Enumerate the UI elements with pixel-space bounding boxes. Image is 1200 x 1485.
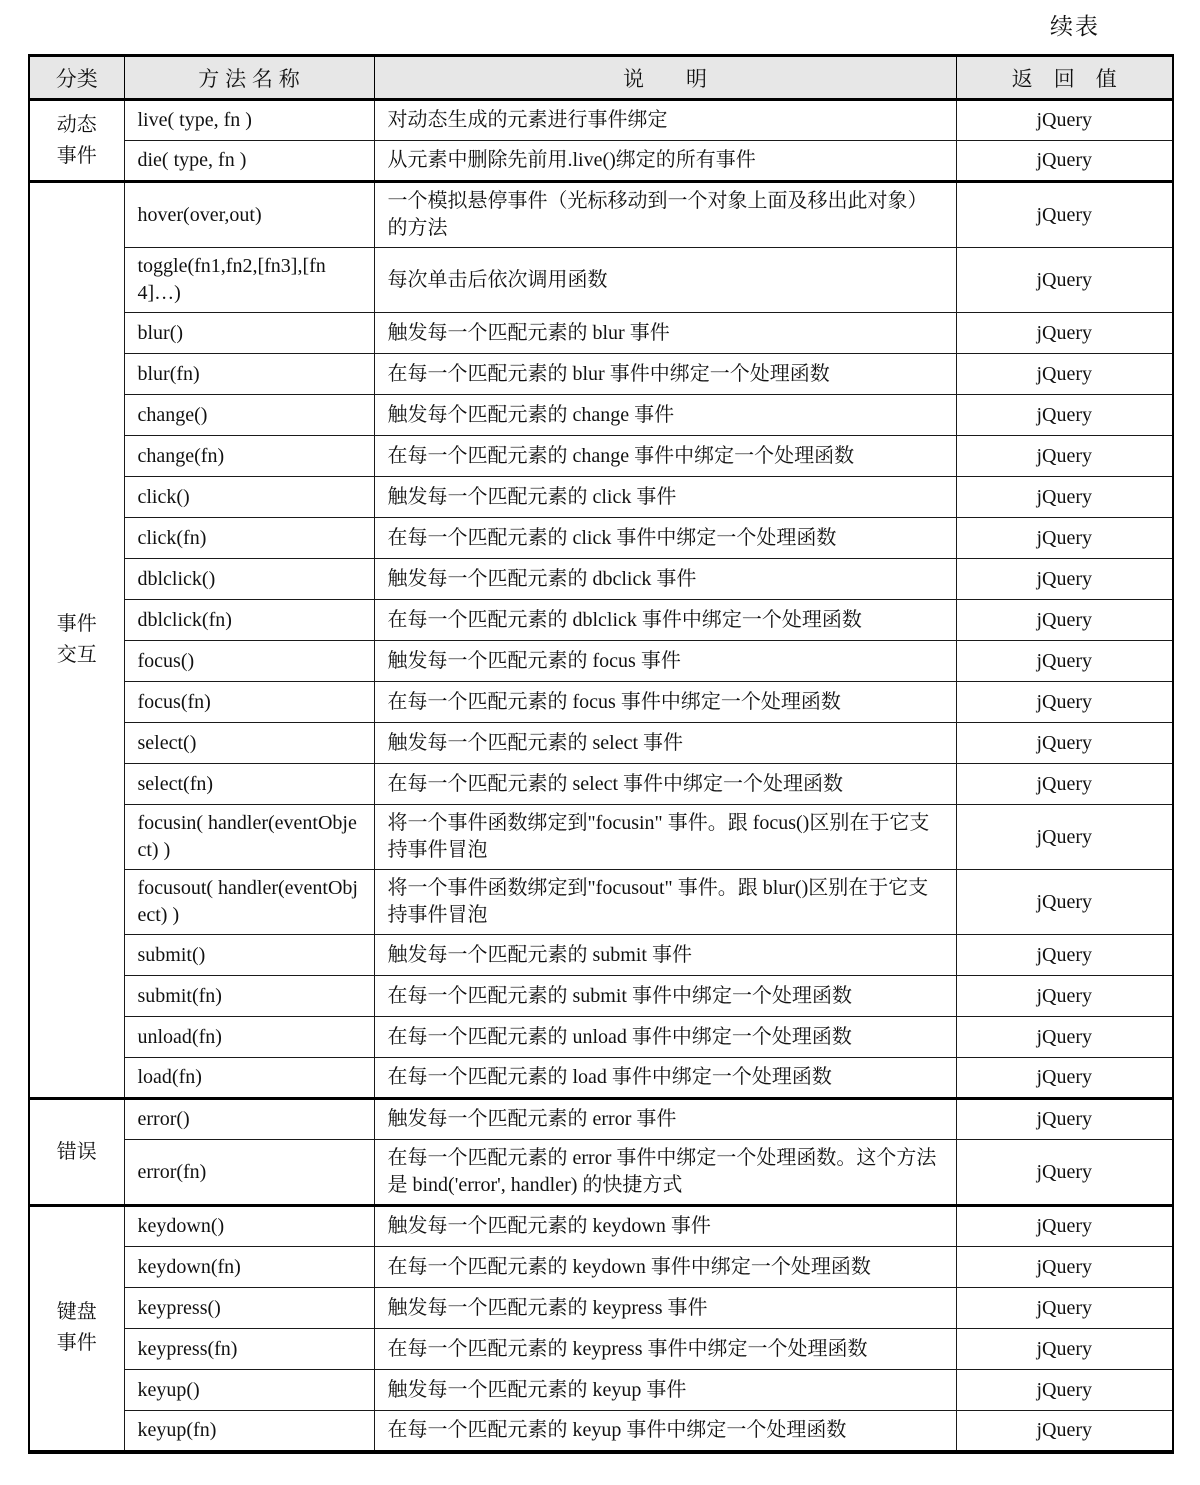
method-cell: blur(fn) — [124, 354, 374, 395]
table-row: keydown(fn)在每一个匹配元素的 keydown 事件中绑定一个处理函数… — [29, 1247, 1173, 1288]
table-row: 键盘 事件keydown()触发每一个匹配元素的 keydown 事件jQuer… — [29, 1206, 1173, 1247]
method-cell: error(fn) — [124, 1140, 374, 1206]
table-row: select()触发每一个匹配元素的 select 事件jQuery — [29, 723, 1173, 764]
return-cell: jQuery — [956, 1206, 1173, 1247]
method-cell: focus(fn) — [124, 682, 374, 723]
table-row: load(fn)在每一个匹配元素的 load 事件中绑定一个处理函数jQuery — [29, 1058, 1173, 1099]
return-cell: jQuery — [956, 1099, 1173, 1140]
return-cell: jQuery — [956, 182, 1173, 248]
return-cell: jQuery — [956, 935, 1173, 976]
method-cell: dblclick(fn) — [124, 600, 374, 641]
method-cell: focusout( handler(eventObject) ) — [124, 870, 374, 935]
table-body: 动态 事件live( type, fn )对动态生成的元素进行事件绑定jQuer… — [29, 100, 1173, 1452]
table-row: select(fn)在每一个匹配元素的 select 事件中绑定一个处理函数jQ… — [29, 764, 1173, 805]
description-cell: 一个模拟悬停事件（光标移动到一个对象上面及移出此对象）的方法 — [374, 182, 956, 248]
description-cell: 在每一个匹配元素的 focus 事件中绑定一个处理函数 — [374, 682, 956, 723]
description-cell: 在每一个匹配元素的 load 事件中绑定一个处理函数 — [374, 1058, 956, 1099]
table-row: dblclick()触发每一个匹配元素的 dbclick 事件jQuery — [29, 559, 1173, 600]
return-cell: jQuery — [956, 559, 1173, 600]
methods-reference-table: 分类 方 法 名 称 说 明 返 回 值 动态 事件live( type, fn… — [28, 54, 1174, 1454]
header-description: 说 明 — [374, 56, 956, 100]
description-cell: 触发每一个匹配元素的 dbclick 事件 — [374, 559, 956, 600]
return-cell: jQuery — [956, 682, 1173, 723]
category-cell: 键盘 事件 — [29, 1206, 124, 1452]
method-cell: live( type, fn ) — [124, 100, 374, 141]
document-page: 续表 分类 方 法 名 称 说 明 返 回 值 动态 事件live( type,… — [0, 0, 1200, 1485]
method-cell: click(fn) — [124, 518, 374, 559]
method-cell: load(fn) — [124, 1058, 374, 1099]
description-cell: 在每一个匹配元素的 change 事件中绑定一个处理函数 — [374, 436, 956, 477]
category-cell: 错误 — [29, 1099, 124, 1206]
table-row: focus(fn)在每一个匹配元素的 focus 事件中绑定一个处理函数jQue… — [29, 682, 1173, 723]
method-cell: unload(fn) — [124, 1017, 374, 1058]
table-row: keyup(fn)在每一个匹配元素的 keyup 事件中绑定一个处理函数jQue… — [29, 1411, 1173, 1452]
table-row: focus()触发每一个匹配元素的 focus 事件jQuery — [29, 641, 1173, 682]
method-cell: select(fn) — [124, 764, 374, 805]
category-cell: 动态 事件 — [29, 100, 124, 182]
description-cell: 触发每一个匹配元素的 keydown 事件 — [374, 1206, 956, 1247]
method-cell: blur() — [124, 313, 374, 354]
return-cell: jQuery — [956, 1140, 1173, 1206]
return-cell: jQuery — [956, 518, 1173, 559]
description-cell: 在每一个匹配元素的 unload 事件中绑定一个处理函数 — [374, 1017, 956, 1058]
table-row: blur(fn)在每一个匹配元素的 blur 事件中绑定一个处理函数jQuery — [29, 354, 1173, 395]
description-cell: 触发每一个匹配元素的 keypress 事件 — [374, 1288, 956, 1329]
description-cell: 触发每个匹配元素的 change 事件 — [374, 395, 956, 436]
header-category: 分类 — [29, 56, 124, 100]
description-cell: 将一个事件函数绑定到"focusin" 事件。跟 focus()区别在于它支持事… — [374, 805, 956, 870]
description-cell: 触发每一个匹配元素的 focus 事件 — [374, 641, 956, 682]
return-cell: jQuery — [956, 1247, 1173, 1288]
table-row: error(fn)在每一个匹配元素的 error 事件中绑定一个处理函数。这个方… — [29, 1140, 1173, 1206]
description-cell: 在每一个匹配元素的 dblclick 事件中绑定一个处理函数 — [374, 600, 956, 641]
table-row: change()触发每个匹配元素的 change 事件jQuery — [29, 395, 1173, 436]
description-cell: 在每一个匹配元素的 select 事件中绑定一个处理函数 — [374, 764, 956, 805]
method-cell: focusin( handler(eventObject) ) — [124, 805, 374, 870]
header-row: 分类 方 法 名 称 说 明 返 回 值 — [29, 56, 1173, 100]
return-cell: jQuery — [956, 477, 1173, 518]
method-cell: change() — [124, 395, 374, 436]
return-cell: jQuery — [956, 313, 1173, 354]
description-cell: 触发每一个匹配元素的 error 事件 — [374, 1099, 956, 1140]
return-cell: jQuery — [956, 248, 1173, 313]
table-row: keypress()触发每一个匹配元素的 keypress 事件jQuery — [29, 1288, 1173, 1329]
description-cell: 对动态生成的元素进行事件绑定 — [374, 100, 956, 141]
table-row: focusin( handler(eventObject) )将一个事件函数绑定… — [29, 805, 1173, 870]
method-cell: keydown() — [124, 1206, 374, 1247]
header-return-value: 返 回 值 — [956, 56, 1173, 100]
table-row: submit()触发每一个匹配元素的 submit 事件jQuery — [29, 935, 1173, 976]
table-row: change(fn)在每一个匹配元素的 change 事件中绑定一个处理函数jQ… — [29, 436, 1173, 477]
method-cell: toggle(fn1,fn2,[fn3],[fn4]…) — [124, 248, 374, 313]
return-cell: jQuery — [956, 805, 1173, 870]
table-row: 错误error()触发每一个匹配元素的 error 事件jQuery — [29, 1099, 1173, 1140]
return-cell: jQuery — [956, 600, 1173, 641]
return-cell: jQuery — [956, 1329, 1173, 1370]
method-cell: focus() — [124, 641, 374, 682]
category-cell: 事件 交互 — [29, 182, 124, 1099]
return-cell: jQuery — [956, 870, 1173, 935]
table-row: blur()触发每一个匹配元素的 blur 事件jQuery — [29, 313, 1173, 354]
return-cell: jQuery — [956, 1017, 1173, 1058]
method-cell: keyup(fn) — [124, 1411, 374, 1452]
method-cell: hover(over,out) — [124, 182, 374, 248]
method-cell: submit() — [124, 935, 374, 976]
return-cell: jQuery — [956, 354, 1173, 395]
table-row: 动态 事件live( type, fn )对动态生成的元素进行事件绑定jQuer… — [29, 100, 1173, 141]
return-cell: jQuery — [956, 764, 1173, 805]
description-cell: 在每一个匹配元素的 blur 事件中绑定一个处理函数 — [374, 354, 956, 395]
method-cell: select() — [124, 723, 374, 764]
table-row: 事件 交互hover(over,out)一个模拟悬停事件（光标移动到一个对象上面… — [29, 182, 1173, 248]
description-cell: 在每一个匹配元素的 keydown 事件中绑定一个处理函数 — [374, 1247, 956, 1288]
method-cell: dblclick() — [124, 559, 374, 600]
method-cell: change(fn) — [124, 436, 374, 477]
table-header: 分类 方 法 名 称 说 明 返 回 值 — [29, 56, 1173, 100]
table-row: die( type, fn )从元素中删除先前用.live()绑定的所有事件jQ… — [29, 141, 1173, 182]
method-cell: die( type, fn ) — [124, 141, 374, 182]
method-cell: keypress(fn) — [124, 1329, 374, 1370]
return-cell: jQuery — [956, 100, 1173, 141]
table-row: unload(fn)在每一个匹配元素的 unload 事件中绑定一个处理函数jQ… — [29, 1017, 1173, 1058]
method-cell: keypress() — [124, 1288, 374, 1329]
return-cell: jQuery — [956, 1370, 1173, 1411]
description-cell: 在每一个匹配元素的 submit 事件中绑定一个处理函数 — [374, 976, 956, 1017]
return-cell: jQuery — [956, 436, 1173, 477]
method-cell: error() — [124, 1099, 374, 1140]
table-row: dblclick(fn)在每一个匹配元素的 dblclick 事件中绑定一个处理… — [29, 600, 1173, 641]
table-row: keyup()触发每一个匹配元素的 keyup 事件jQuery — [29, 1370, 1173, 1411]
description-cell: 触发每一个匹配元素的 submit 事件 — [374, 935, 956, 976]
method-cell: keydown(fn) — [124, 1247, 374, 1288]
return-cell: jQuery — [956, 976, 1173, 1017]
description-cell: 触发每一个匹配元素的 blur 事件 — [374, 313, 956, 354]
table-row: click(fn)在每一个匹配元素的 click 事件中绑定一个处理函数jQue… — [29, 518, 1173, 559]
return-cell: jQuery — [956, 723, 1173, 764]
return-cell: jQuery — [956, 1411, 1173, 1452]
description-cell: 在每一个匹配元素的 keyup 事件中绑定一个处理函数 — [374, 1411, 956, 1452]
table-row: focusout( handler(eventObject) )将一个事件函数绑… — [29, 870, 1173, 935]
description-cell: 在每一个匹配元素的 error 事件中绑定一个处理函数。这个方法是 bind('… — [374, 1140, 956, 1206]
description-cell: 触发每一个匹配元素的 keyup 事件 — [374, 1370, 956, 1411]
description-cell: 在每一个匹配元素的 keypress 事件中绑定一个处理函数 — [374, 1329, 956, 1370]
method-cell: submit(fn) — [124, 976, 374, 1017]
description-cell: 从元素中删除先前用.live()绑定的所有事件 — [374, 141, 956, 182]
method-cell: click() — [124, 477, 374, 518]
table-row: toggle(fn1,fn2,[fn3],[fn4]…)每次单击后依次调用函数j… — [29, 248, 1173, 313]
table-row: click()触发每一个匹配元素的 click 事件jQuery — [29, 477, 1173, 518]
description-cell: 将一个事件函数绑定到"focusout" 事件。跟 blur()区别在于它支持事… — [374, 870, 956, 935]
return-cell: jQuery — [956, 641, 1173, 682]
description-cell: 在每一个匹配元素的 click 事件中绑定一个处理函数 — [374, 518, 956, 559]
table-row: submit(fn)在每一个匹配元素的 submit 事件中绑定一个处理函数jQ… — [29, 976, 1173, 1017]
continued-table-label: 续表 — [0, 0, 1200, 54]
method-cell: keyup() — [124, 1370, 374, 1411]
return-cell: jQuery — [956, 1058, 1173, 1099]
return-cell: jQuery — [956, 1288, 1173, 1329]
header-method-name: 方 法 名 称 — [124, 56, 374, 100]
return-cell: jQuery — [956, 395, 1173, 436]
description-cell: 触发每一个匹配元素的 click 事件 — [374, 477, 956, 518]
description-cell: 每次单击后依次调用函数 — [374, 248, 956, 313]
return-cell: jQuery — [956, 141, 1173, 182]
table-row: keypress(fn)在每一个匹配元素的 keypress 事件中绑定一个处理… — [29, 1329, 1173, 1370]
description-cell: 触发每一个匹配元素的 select 事件 — [374, 723, 956, 764]
